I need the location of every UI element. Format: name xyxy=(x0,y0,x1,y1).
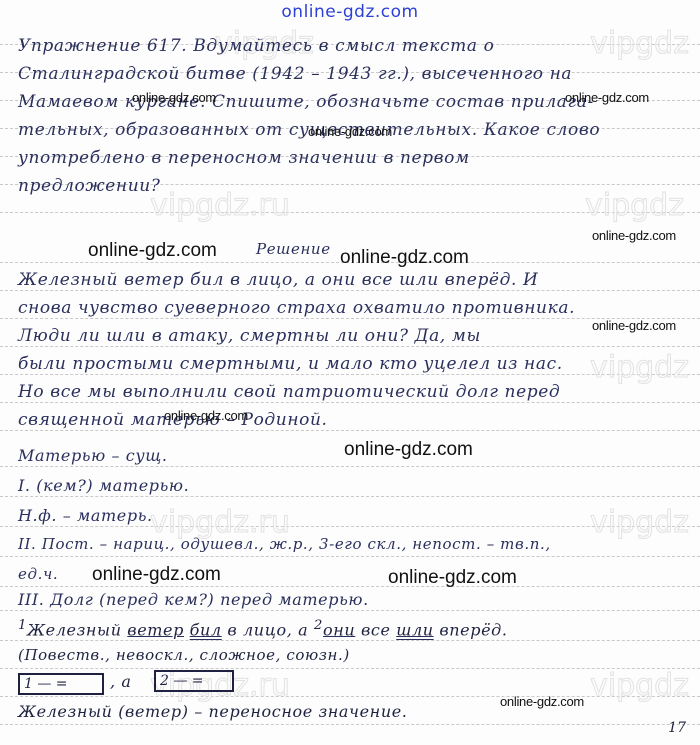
scheme-box-1: 1 — = xyxy=(18,673,104,695)
site-watermark: online-gdz.com xyxy=(132,90,216,105)
analysis-line: III. Долг (перед кем?) перед матерью. xyxy=(18,590,369,609)
ghost-watermark: vipgdz xyxy=(590,505,689,540)
predicate-word: бил xyxy=(190,620,222,639)
site-watermark: online-gdz.com xyxy=(164,408,248,423)
subject-word: ветер xyxy=(127,620,184,639)
site-watermark: online-gdz.com xyxy=(388,567,517,589)
subject-word: они xyxy=(323,620,355,639)
ruled-line xyxy=(0,496,700,497)
analysis-line: Н.ф. – матерь. xyxy=(18,506,153,525)
site-watermark: online-gdz.com xyxy=(500,694,584,709)
page-number: 17 xyxy=(668,720,686,736)
word: в лицо, а xyxy=(227,620,308,639)
ruled-line xyxy=(0,586,700,587)
site-watermark: online-gdz.com xyxy=(565,90,649,105)
clause-number: 2 xyxy=(314,618,323,633)
word: все xyxy=(361,620,391,639)
ghost-watermark: vipgdz xyxy=(590,350,689,385)
ghost-watermark: vipgdz xyxy=(590,26,689,61)
top-watermark: online-gdz.com xyxy=(0,2,700,22)
site-watermark: online-gdz.com xyxy=(340,247,469,269)
ghost-watermark: vipgdz xyxy=(590,668,689,703)
site-watermark: online-gdz.com xyxy=(88,240,217,262)
scheme-separator: , а xyxy=(110,672,132,691)
ruled-line xyxy=(0,610,700,611)
site-watermark: online-gdz.com xyxy=(308,124,392,139)
parsed-sentence: 1Железный ветер бил в лицо, а 2они все ш… xyxy=(18,618,508,639)
analysis-line: Матерью – сущ. xyxy=(18,446,168,465)
ruled-line xyxy=(0,556,700,557)
word: Железный xyxy=(27,620,122,639)
solution-line: Но все мы выполнили свой патриотический … xyxy=(18,382,560,402)
solution-line: снова чувство суеверного страха охватило… xyxy=(18,298,575,318)
analysis-line: ед.ч. xyxy=(18,565,58,583)
task-line: Мамаевом кургане. Спишите, обозначьте со… xyxy=(18,92,594,112)
ruled-line xyxy=(0,290,700,291)
site-watermark: online-gdz.com xyxy=(592,318,676,333)
task-line: предложении? xyxy=(18,176,161,196)
analysis-line: I. (кем?) матерью. xyxy=(18,476,189,495)
ruled-line xyxy=(0,402,700,403)
word: вперёд. xyxy=(439,620,507,639)
predicate-word: шли xyxy=(396,620,433,639)
ruled-line xyxy=(0,346,700,347)
ruled-line xyxy=(0,466,700,467)
site-watermark: online-gdz.com xyxy=(344,439,473,461)
solution-line: были простыми смертными, и мало кто уцел… xyxy=(18,354,563,374)
site-watermark: online-gdz.com xyxy=(92,564,221,586)
task-line: Упражнение 617. Вдумайтесь в смысл текст… xyxy=(18,36,494,56)
solution-line: Люди ли шли в атаку, смертны ли они? Да,… xyxy=(18,326,481,346)
conclusion: Железный (ветер) – переносное значение. xyxy=(18,702,407,721)
ghost-watermark: vipgdz xyxy=(585,188,684,223)
site-watermark: online-gdz.com xyxy=(592,228,676,243)
scheme-box-2: 2 — = xyxy=(154,670,234,692)
task-line: употреблено в переносном значении в перв… xyxy=(18,148,470,168)
sentence-characteristics: (Повеств., невоскл., сложное, союзн.) xyxy=(18,646,350,664)
clause-number: 1 xyxy=(18,618,27,633)
ghost-watermark: vipgdz.ru xyxy=(150,188,290,223)
notebook-page: vipgdz vipgdz vipgdz.ru vipgdz vipgdz vi… xyxy=(0,0,700,745)
solution-heading: Решение xyxy=(256,240,331,258)
ruled-line xyxy=(0,724,700,725)
task-line: Сталинградской битве (1942 – 1943 гг.), … xyxy=(18,64,572,84)
ruled-line xyxy=(0,640,700,641)
analysis-line: II. Пост. – нариц., одушевл., ж.р., 3-ег… xyxy=(18,535,551,553)
ruled-line xyxy=(0,430,700,431)
solution-line: Железный ветер бил в лицо, а они все шли… xyxy=(18,270,538,290)
